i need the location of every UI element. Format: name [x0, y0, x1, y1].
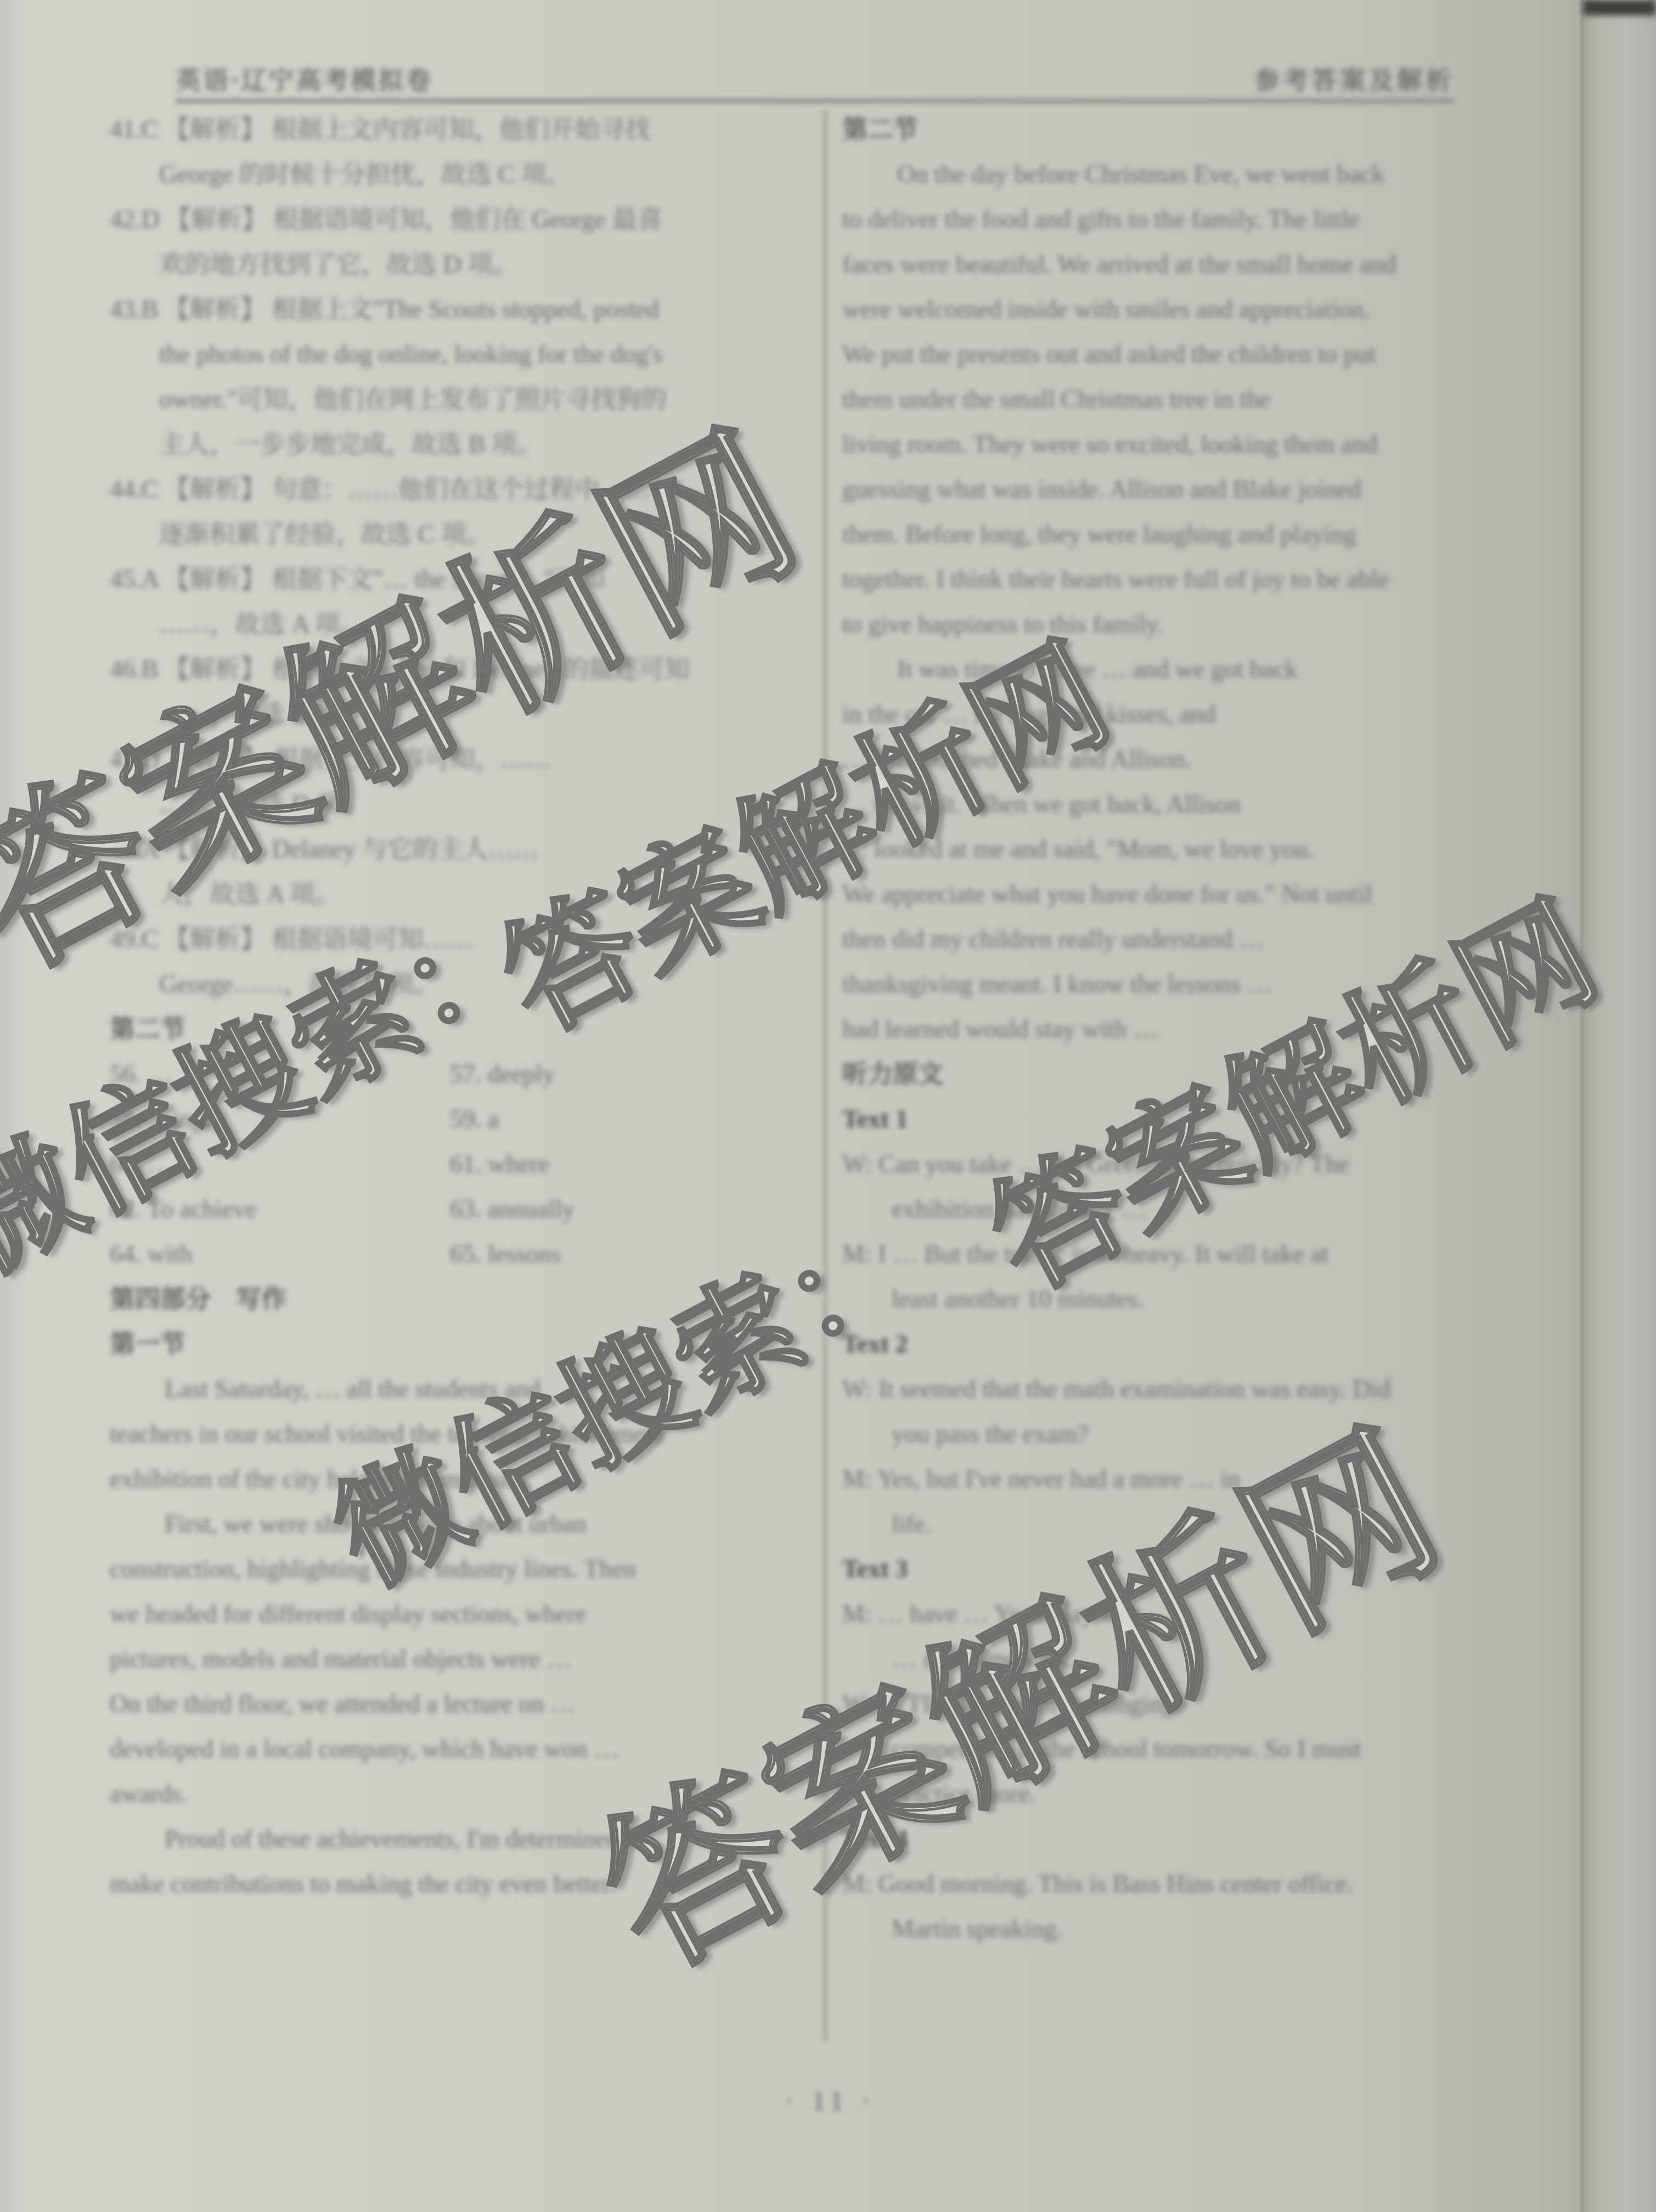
story-line: faces were beautiful. We arrived at the …	[842, 242, 1501, 287]
story-line: We put the presents out and asked the ch…	[842, 332, 1501, 377]
story-line: On the day before Christmas Eve, we went…	[842, 152, 1501, 197]
explanation-line: 43.B 【解析】 根据上文"The Scouts stopped, poste…	[110, 287, 812, 332]
story-line: We appreciate what you have done for us.…	[842, 872, 1501, 917]
story-line: were welcomed inside with smiles and app…	[842, 287, 1501, 332]
story-text: On the day before Christmas Eve, we went…	[842, 152, 1501, 1052]
answer-item: 64. with	[110, 1232, 450, 1277]
essay-line: we headed for different display sections…	[110, 1592, 812, 1637]
story-line: to give happiness to this family.	[842, 602, 1501, 647]
page-number: · 11 ·	[785, 2085, 876, 2117]
answer-item: 57. deeply	[450, 1052, 779, 1097]
header-title-right: 参考答案及解析	[1254, 60, 1454, 97]
transcript-line: least another 10 minutes.	[842, 1277, 1501, 1322]
answer-item: 63. annually	[450, 1187, 779, 1232]
story-line: together. I think their hearts were full…	[842, 557, 1501, 602]
story-line: to deliver the food and gifts to the fam…	[842, 197, 1501, 242]
essay-line: pictures, models and material objects we…	[110, 1637, 812, 1681]
transcript-line: W: It seemed that the math examination w…	[842, 1367, 1501, 1412]
section-heading: 第二节	[842, 107, 1501, 152]
transcript-line: you pass the exam?	[842, 1412, 1501, 1457]
explanation-line: 41.C 【解析】 根据上文内容可知，他们开始寻找	[110, 107, 812, 152]
answer-item: 61. where	[450, 1142, 779, 1187]
transcript-line: Martin speaking.	[842, 1906, 1501, 1951]
text-label: Text 2	[842, 1322, 1501, 1367]
header-title-left: 英语·辽宁高考模拟卷	[176, 60, 433, 97]
explanation-line: 42.D 【解析】 根据语境可知，他们在 George 最喜	[110, 197, 812, 242]
story-line: them under the small Christmas tree in t…	[842, 377, 1501, 422]
story-line: guessing what was inside. Allison and Bl…	[842, 467, 1501, 512]
story-line: them. Before long, they were laughing an…	[842, 512, 1501, 557]
answer-item: 59. a	[450, 1097, 779, 1142]
page-header: 英语·辽宁高考模拟卷 参考答案及解析	[176, 49, 1454, 103]
story-line: living room. They were so excited, looki…	[842, 422, 1501, 467]
explanation-line: 欢的地方找到了它，故选 D 项。	[110, 242, 812, 287]
explanation-line: George 的时候十分担忧，故选 C 项。	[110, 152, 812, 197]
